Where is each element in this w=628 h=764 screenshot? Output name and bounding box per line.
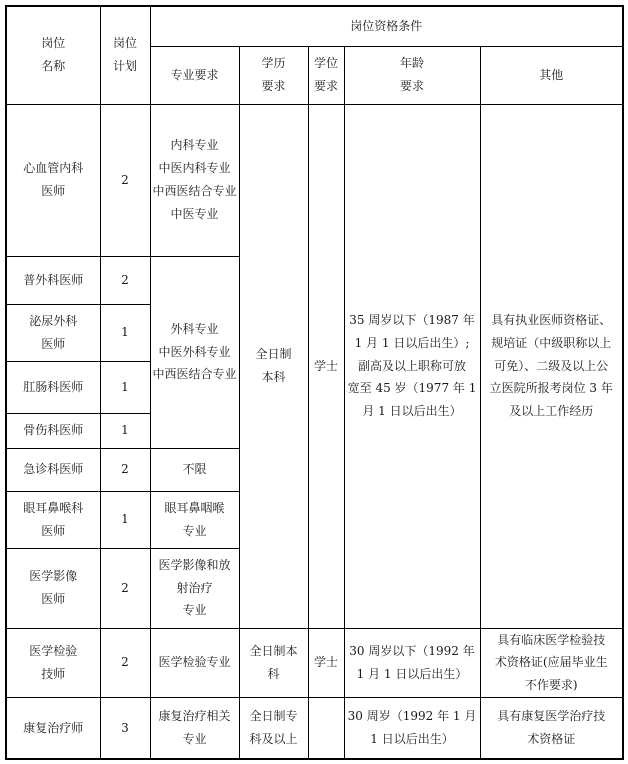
position-name-cell: 医学检验 技师 [6,628,100,697]
table-row: 心血管内科 医师 2 内科专业 中医内科专业 中西医结合专业 中医专业 全日制 … [6,104,623,256]
degree-requirement-cell: 学士 [308,628,344,697]
degree-requirement-cell [308,697,344,759]
header-qualifications-group: 岗位资格条件 [150,6,623,46]
position-name-cell: 普外科医师 [6,256,100,304]
header-major: 专业要求 [150,46,239,104]
position-count-cell: 1 [100,413,150,448]
position-name-cell: 骨伤科医师 [6,413,100,448]
header-age: 年龄 要求 [344,46,480,104]
position-count-cell: 1 [100,304,150,361]
table-row: 医学检验 技师 2 医学检验专业 全日制本 科 学士 30 周岁以下（1992 … [6,628,623,697]
header-education: 学历 要求 [239,46,308,104]
degree-requirement-cell: 学士 [308,104,344,628]
position-count-cell: 2 [100,256,150,304]
position-count-cell: 3 [100,697,150,759]
other-requirement-cell: 具有临床医学检验技 术资格证(应届毕业生 不作要求) [480,628,623,697]
header-position-count: 岗位 计划 [100,6,150,104]
position-name-cell: 医学影像 医师 [6,548,100,628]
table-header-row-1: 岗位 名称 岗位 计划 岗位资格条件 [6,6,623,46]
major-requirement-cell: 康复治疗相关 专业 [150,697,239,759]
position-count-cell: 2 [100,548,150,628]
major-requirement-cell: 内科专业 中医内科专业 中西医结合专业 中医专业 [150,104,239,256]
position-name-cell: 心血管内科 医师 [6,104,100,256]
major-requirement-cell: 外科专业 中医外科专业 中西医结合专业 [150,256,239,448]
age-requirement-cell: 30 周岁以下（1992 年 1 月 1 日以后出生） [344,628,480,697]
position-name-cell: 眼耳鼻喉科 医师 [6,491,100,548]
position-count-cell: 2 [100,104,150,256]
other-requirement-cell: 具有康复医学治疗技 术资格证 [480,697,623,759]
education-requirement-cell: 全日制本 科 [239,628,308,697]
table-row: 康复治疗师 3 康复治疗相关 专业 全日制专 科及以上 30 周岁（1992 年… [6,697,623,759]
position-name-cell: 肛肠科医师 [6,361,100,413]
major-requirement-cell: 眼耳鼻咽喉 专业 [150,491,239,548]
position-count-cell: 2 [100,628,150,697]
education-requirement-cell: 全日制专 科及以上 [239,697,308,759]
header-other: 其他 [480,46,623,104]
age-requirement-cell: 30 周岁（1992 年 1 月 1 日以后出生） [344,697,480,759]
position-name-cell: 泌尿外科 医师 [6,304,100,361]
other-requirement-cell: 具有执业医师资格证、 规培证（中级职称以上 可免）、二级及以上公 立医院所报考岗… [480,104,623,628]
position-count-cell: 1 [100,491,150,548]
position-count-cell: 1 [100,361,150,413]
header-degree: 学位 要求 [308,46,344,104]
major-requirement-cell: 医学影像和放 射治疗 专业 [150,548,239,628]
recruitment-table: 岗位 名称 岗位 计划 岗位资格条件 专业要求 学历 要求 学位 要求 年龄 要… [5,5,624,760]
major-requirement-cell: 医学检验专业 [150,628,239,697]
major-requirement-cell: 不限 [150,448,239,491]
position-name-cell: 康复治疗师 [6,697,100,759]
age-requirement-cell: 35 周岁以下（1987 年 1 月 1 日以后出生）; 副高及以上职称可放 宽… [344,104,480,628]
education-requirement-cell: 全日制 本科 [239,104,308,628]
position-count-cell: 2 [100,448,150,491]
position-name-cell: 急诊科医师 [6,448,100,491]
header-position-name: 岗位 名称 [6,6,100,104]
